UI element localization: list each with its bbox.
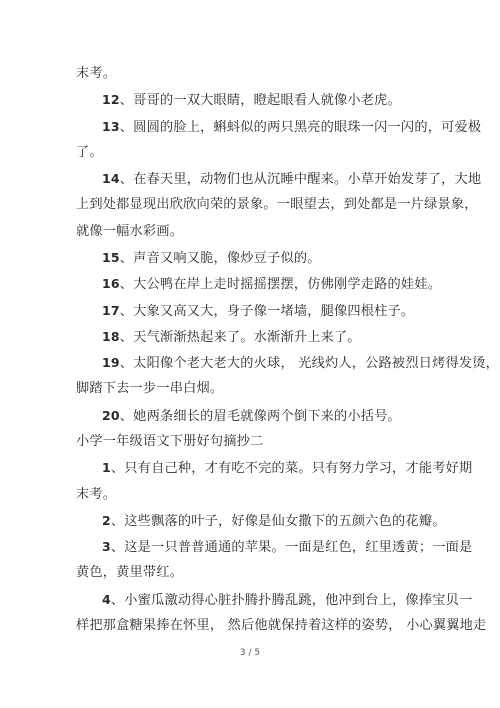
sentence-text: 黄色，黄里带红。 [76, 565, 183, 580]
numbered-sentence-17: 17、大象又高又大，身子像一堵墙，腿像四根柱子。 [102, 303, 414, 320]
sentence-text: 、太阳像个老大老大的火球， 光线灼人，公路被烈日烤得发烫， [120, 356, 499, 371]
page-number: 3 / 5 [0, 648, 500, 658]
numbered-sentence-15: 15、声音又响又脆，像炒豆子似的。 [102, 250, 321, 267]
numbered-sentence-3: 3、这是一只普普通通的苹果。一面是红色，红里透黄；一面是 [102, 539, 472, 556]
sentence-number: 3 [102, 539, 111, 554]
numbered-sentence-20: 20、她两条细长的眉毛就像两个倒下来的小括号。 [102, 408, 401, 425]
text-line: 样把那盒糖果捧在怀里， 然后他就保持着这样的姿势， 小心翼翼地走 [76, 618, 486, 634]
numbered-sentence-12: 12、哥哥的一双大眼睛，瞪起眼看人就像小老虎。 [102, 92, 401, 109]
sentence-text: 、她两条细长的眉毛就像两个倒下来的小括号。 [120, 409, 401, 424]
section-heading: 小学一年级语文下册好句摘抄二 [76, 434, 263, 450]
sentence-text: 、声音又响又脆，像炒豆子似的。 [120, 251, 321, 266]
numbered-sentence-18: 18、天气渐渐热起来了。水渐渐升上来了。 [102, 329, 361, 346]
sentence-number: 12 [102, 92, 120, 107]
sentence-text: 就像一幅水彩画。 [76, 224, 183, 239]
sentence-number: 14 [102, 171, 120, 186]
sentence-text: 样把那盒糖果捧在怀里， 然后他就保持着这样的姿势， 小心翼翼地走 [76, 618, 486, 633]
sentence-text: 、这些飘落的叶子，好像是仙女撒下的五颜六色的花瓣。 [111, 514, 446, 529]
sentence-text: 小学一年级语文下册好句摘抄二 [76, 434, 263, 449]
sentence-number: 1 [102, 460, 111, 475]
sentence-number: 17 [102, 303, 120, 318]
numbered-sentence-2: 2、这些飘落的叶子，好像是仙女撒下的五颜六色的花瓣。 [102, 513, 446, 530]
sentence-number: 4 [102, 592, 111, 607]
numbered-sentence-1: 1、只有自己种，才有吃不完的菜。只有努力学习，才能考好期 [102, 460, 472, 477]
document-page: 末考。12、哥哥的一双大眼睛，瞪起眼看人就像小老虎。13、圆圆的脸上，蝌蚪似的两… [0, 0, 500, 708]
numbered-sentence-16: 16、大公鸭在岸上走时摇摇摆摆，仿佛刚学走路的娃娃。 [102, 276, 441, 293]
sentence-text: 了。 [76, 145, 103, 160]
text-line: 上到处都显现出欣欣向荣的景象。一眼望去，到处都是一片绿景象， [76, 197, 478, 213]
numbered-sentence-14: 14、在春天里，动物们也从沉睡中醒来。小草开始发芽了，大地 [102, 171, 481, 188]
sentence-number: 15 [102, 250, 120, 265]
sentence-number: 20 [102, 408, 120, 423]
sentence-text: 、小蜜瓜激动得心脏扑腾扑腾乱跳，他冲到台上，像捧宝贝一 [111, 593, 472, 608]
sentence-number: 2 [102, 513, 111, 528]
sentence-text: 、这是一只普普通通的苹果。一面是红色，红里透黄；一面是 [111, 540, 472, 555]
sentence-text: 脚踏下去一步一串白烟。 [76, 381, 223, 396]
sentence-text: 、哥哥的一双大眼睛，瞪起眼看人就像小老虎。 [120, 93, 401, 108]
sentence-text: 、大公鸭在岸上走时摇摇摆摆，仿佛刚学走路的娃娃。 [120, 277, 441, 292]
text-line: 末考。 [76, 487, 116, 503]
sentence-text: 末考。 [76, 487, 116, 502]
numbered-sentence-4: 4、小蜜瓜激动得心脏扑腾扑腾乱跳，他冲到台上，像捧宝贝一 [102, 592, 472, 609]
text-line: 黄色，黄里带红。 [76, 565, 183, 581]
sentence-text: 上到处都显现出欣欣向荣的景象。一眼望去，到处都是一片绿景象， [76, 197, 478, 212]
numbered-sentence-13: 13、圆圆的脸上，蝌蚪似的两只黑亮的眼珠一闪一闪的，可爱极 [102, 119, 481, 136]
sentence-text: 、大象又高又大，身子像一堵墙，腿像四根柱子。 [120, 304, 415, 319]
text-line: 脚踏下去一步一串白烟。 [76, 381, 223, 397]
sentence-number: 13 [102, 119, 120, 134]
numbered-sentence-19: 19、太阳像个老大老大的火球， 光线灼人，公路被烈日烤得发烫， [102, 355, 499, 372]
text-line: 了。 [76, 145, 103, 161]
sentence-text: 、在春天里，动物们也从沉睡中醒来。小草开始发芽了，大地 [120, 172, 481, 187]
sentence-text: 末考。 [76, 66, 116, 81]
text-line: 末考。 [76, 66, 116, 82]
sentence-text: 、只有自己种，才有吃不完的菜。只有努力学习，才能考好期 [111, 461, 472, 476]
text-line: 就像一幅水彩画。 [76, 224, 183, 240]
sentence-number: 19 [102, 355, 120, 370]
sentence-number: 16 [102, 276, 120, 291]
sentence-number: 18 [102, 329, 120, 344]
sentence-text: 、天气渐渐热起来了。水渐渐升上来了。 [120, 330, 361, 345]
sentence-text: 、圆圆的脸上，蝌蚪似的两只黑亮的眼珠一闪一闪的，可爱极 [120, 120, 481, 135]
